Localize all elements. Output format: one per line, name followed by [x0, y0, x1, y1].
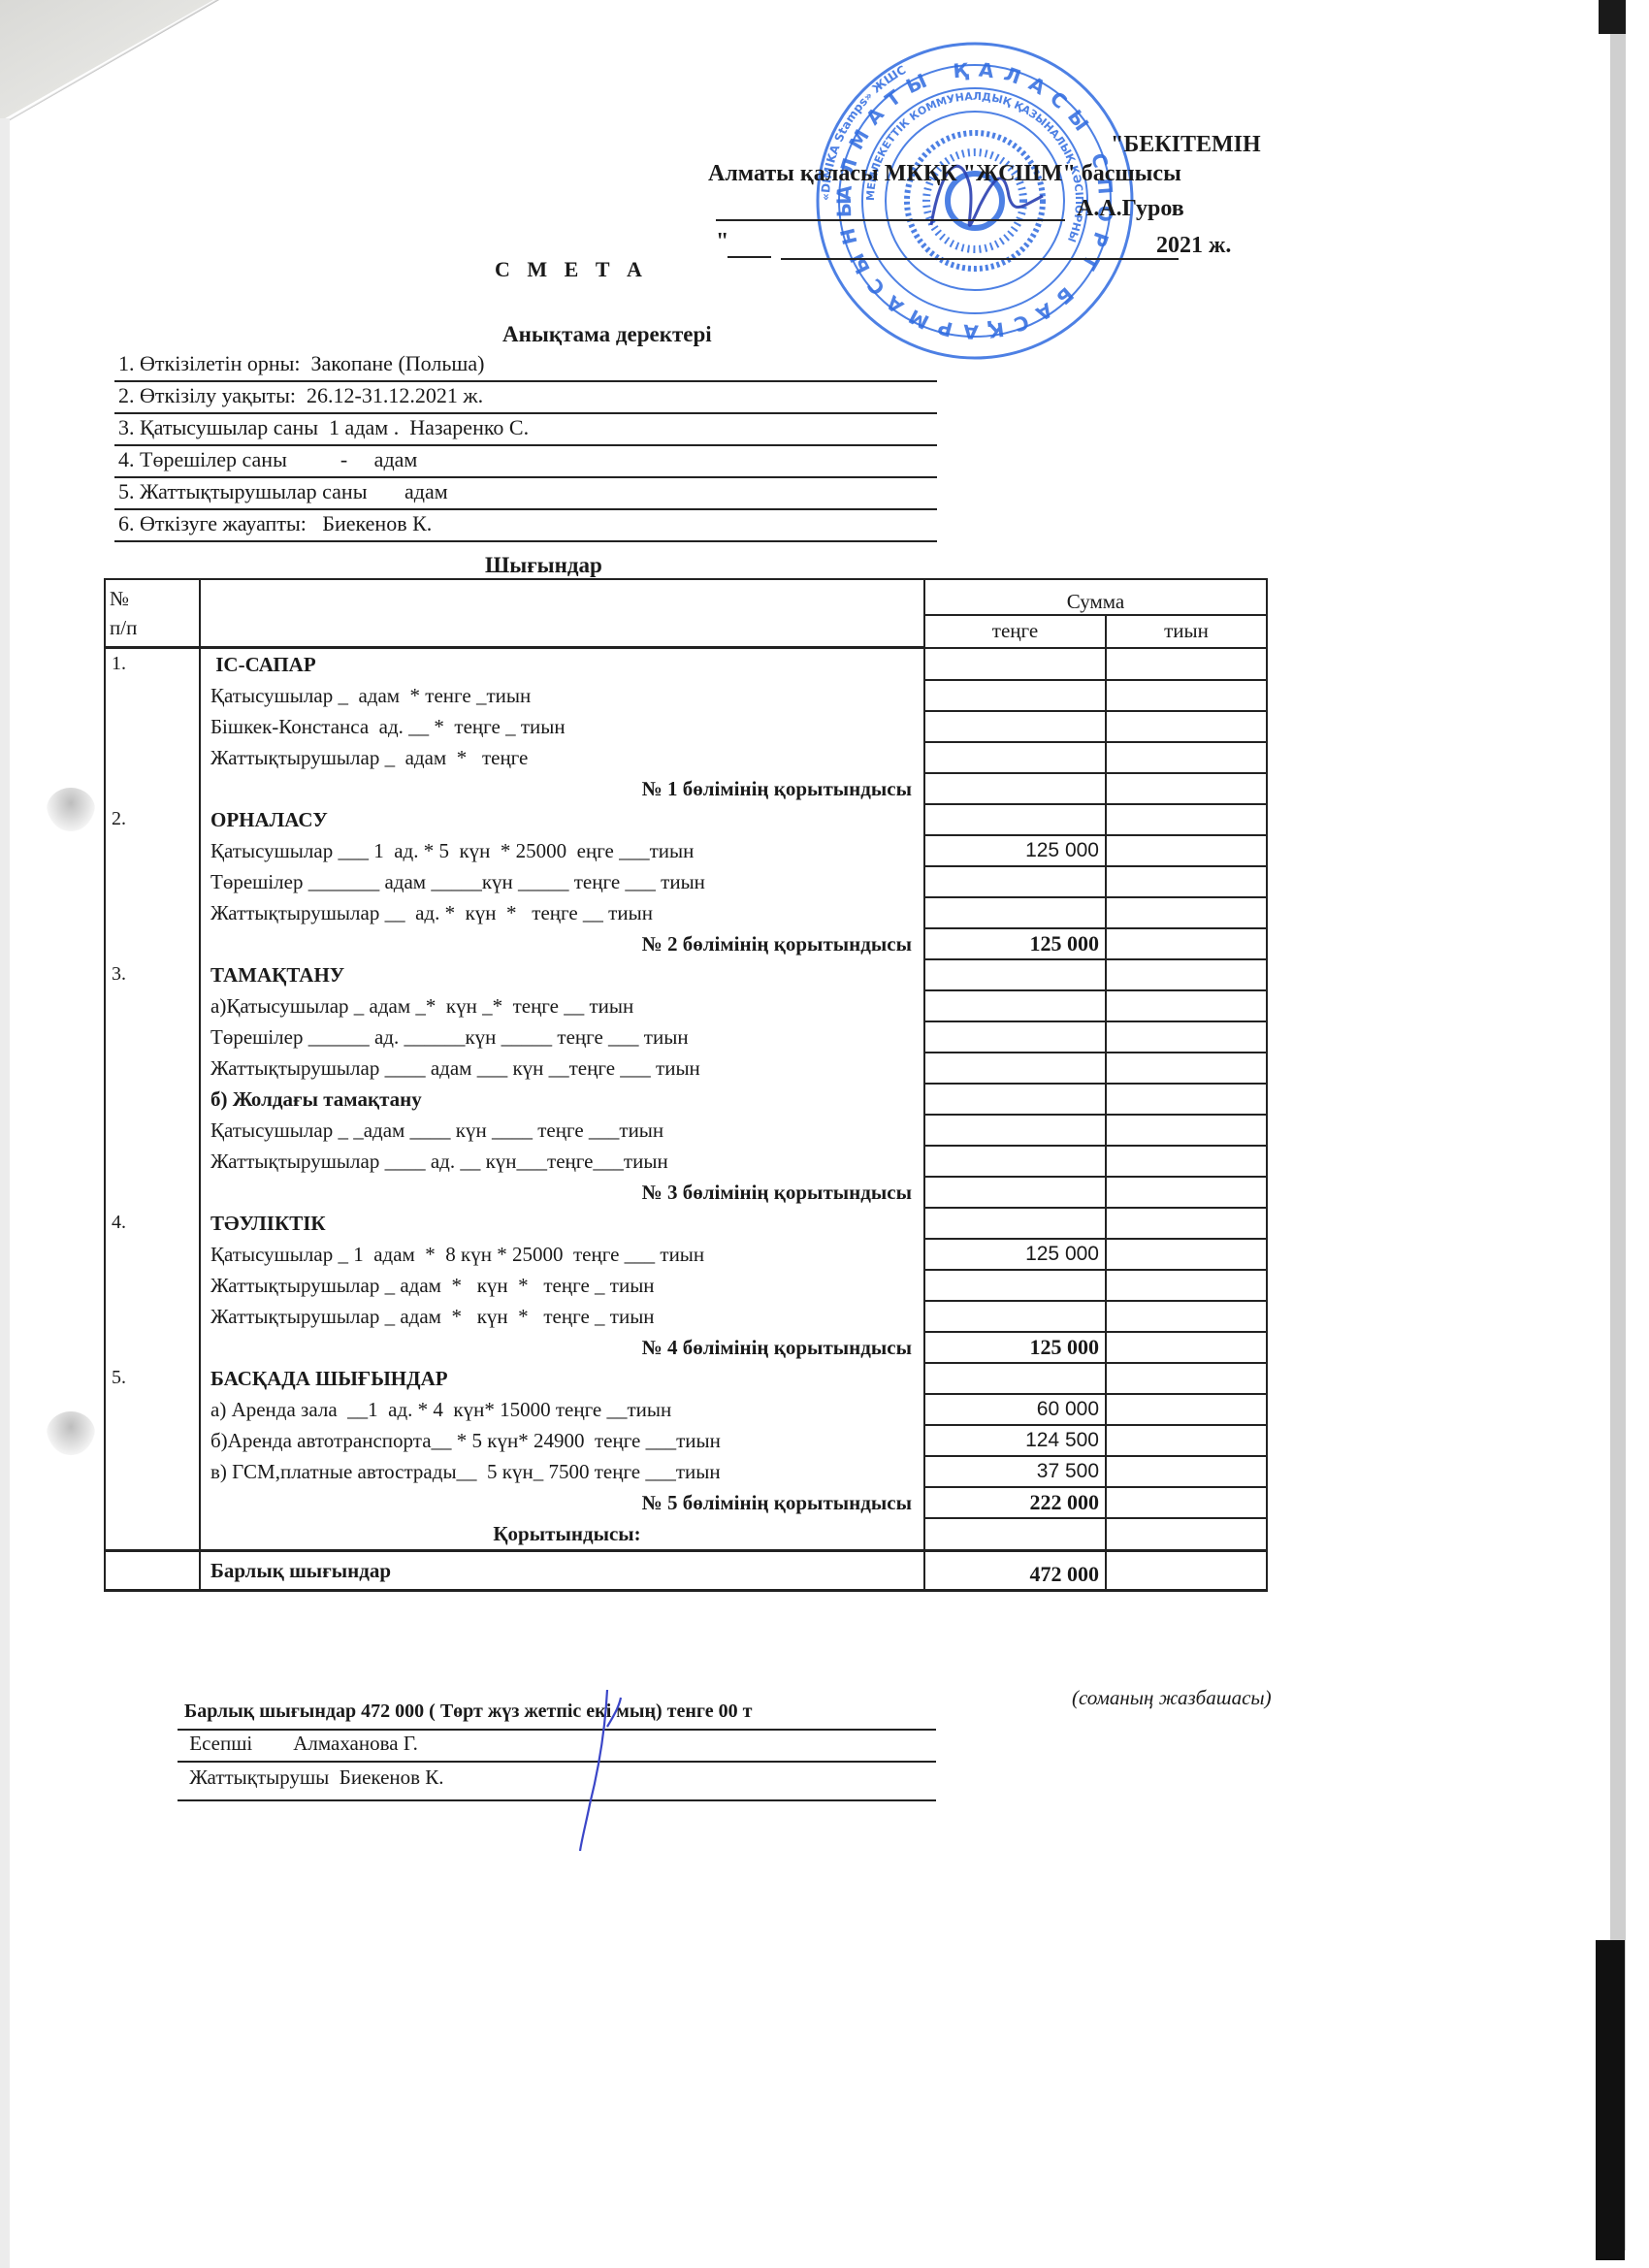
grand-total-tenge: 472 000 [924, 1551, 1106, 1591]
amount-tenge [924, 897, 1106, 928]
amount-tiyn [1106, 1518, 1267, 1551]
table-row: 5.БАСҚАДА ШЫҒЫНДАР [105, 1363, 1267, 1394]
reference-rule [114, 540, 937, 542]
section-subtotal-label: № 5 бөлімінің қорытындысы [200, 1487, 924, 1518]
total-in-words: Барлық шығындар 472 000 ( Төрт жүз жетпі… [184, 1701, 752, 1723]
table-row: № 5 бөлімінің қорытындысы222 000 [105, 1487, 1267, 1518]
table-row: б)Аренда автотранспорта__ * 5 күн* 24900… [105, 1425, 1267, 1456]
amount-tenge [924, 1177, 1106, 1208]
amount-tiyn [1106, 711, 1267, 742]
table-row: № 2 бөлімінің қорытындысы125 000 [105, 928, 1267, 959]
expenses-heading: Шығындар [485, 553, 602, 578]
table-row: Төрешілер ______ ад. ______күн _____ тең… [105, 1021, 1267, 1053]
grand-total-row: Барлық шығындар 472 000 [105, 1551, 1267, 1591]
amount-tiyn [1106, 1208, 1267, 1239]
amount-tiyn [1106, 1239, 1267, 1270]
table-row: Қатысушылар _ _адам ____ күн ____ теңге … [105, 1115, 1267, 1146]
table-row: Жаттықтырушылар _ адам * күн * теңге _ т… [105, 1270, 1267, 1301]
amount-tiyn [1106, 1115, 1267, 1146]
expense-line: Жаттықтырушылар ____ ад. __ күн___теңге_… [200, 1146, 924, 1177]
expense-line: а)Қатысушылар _ адам _* күн _* теңге __ … [200, 990, 924, 1021]
table-row: Қорытындысы: [105, 1518, 1267, 1551]
amount-tenge [924, 804, 1106, 835]
table-row: Қатысушылар _ адам * тенге _тиын [105, 680, 1267, 711]
amount-tiyn [1106, 804, 1267, 835]
section-number: 2. [105, 804, 200, 959]
amount-tenge [924, 1146, 1106, 1177]
amount-tiyn [1106, 1053, 1267, 1084]
date-day-line [727, 256, 771, 258]
expense-line: Жаттықтырушылар _ адам * күн * теңге _ т… [200, 1301, 924, 1332]
date-quote: " [716, 229, 728, 255]
approval-position: Алматы қаласы МКҚК "ЖСШМ" басшысы [708, 161, 1181, 187]
section-number: 1. [105, 648, 200, 805]
amount-tenge [924, 773, 1106, 804]
table-row: 4.ТӘУЛІКТІК [105, 1208, 1267, 1239]
section-heading: ОРНАЛАСУ [200, 804, 924, 835]
amount-tenge [924, 1208, 1106, 1239]
table-row: б) Жолдағы тамақтану [105, 1084, 1267, 1115]
section-subtotal-label: № 1 бөлімінің қорытындысы [200, 773, 924, 804]
table-row: в) ГСМ,платные автострады__ 5 күн_ 7500 … [105, 1456, 1267, 1487]
amount-tenge: 222 000 [924, 1487, 1106, 1518]
amount-tenge [924, 680, 1106, 711]
reference-heading: Анықтама деректері [502, 322, 712, 347]
reference-item: 4. Төрешілер саны - адам [118, 447, 417, 472]
amount-tenge [924, 959, 1106, 990]
signature-line [716, 219, 1065, 221]
table-row: Жаттықтырушылар __ ад. * күн * теңге __ … [105, 897, 1267, 928]
footer-rule [178, 1799, 936, 1801]
date-month-line [781, 258, 1179, 260]
reference-rule [114, 444, 937, 446]
reference-rule [114, 380, 937, 382]
amount-tiyn [1106, 990, 1267, 1021]
amount-tenge: 60 000 [924, 1394, 1106, 1425]
amount-tiyn [1106, 773, 1267, 804]
amount-tiyn [1106, 1301, 1267, 1332]
amount-tenge: 125 000 [924, 928, 1106, 959]
section-heading: ТӘУЛІКТІК [200, 1208, 924, 1239]
expense-line: Жаттықтырушылар __ ад. * күн * теңге __ … [200, 897, 924, 928]
table-row: Қатысушылар _ 1 адам * 8 күн * 25000 тең… [105, 1239, 1267, 1270]
grand-total-label: Барлық шығындар [200, 1551, 924, 1591]
scan-top-right-corner [1599, 0, 1626, 34]
table-row: 1. ІС-САПАР [105, 648, 1267, 681]
amount-tiyn [1106, 1177, 1267, 1208]
amount-tenge [924, 990, 1106, 1021]
expense-line: Бішкек-Констанса ад. __ * теңге _ тиын [200, 711, 924, 742]
scan-left-edge [0, 118, 10, 2268]
reference-item: 3. Қатысушылар саны 1 адам . Назаренко С… [118, 415, 529, 440]
approval-year: 2021 ж. [1156, 233, 1231, 259]
amount-tiyn [1106, 1425, 1267, 1456]
expense-line: б)Аренда автотранспорта__ * 5 күн* 24900… [200, 1425, 924, 1456]
table-row: Жаттықтырушылар ____ ад. __ күн___теңге_… [105, 1146, 1267, 1177]
section-heading: ІС-САПАР [200, 648, 924, 681]
amount-tenge [924, 648, 1106, 681]
amount-tenge [924, 742, 1106, 773]
expense-line: Жаттықтырушылар ____ адам ___ күн __теңг… [200, 1053, 924, 1084]
amount-tiyn [1106, 1456, 1267, 1487]
amount-tiyn [1106, 648, 1267, 681]
table-row: Жаттықтырушылар _ адам * теңге [105, 742, 1267, 773]
reference-rule [114, 508, 937, 510]
section-heading: ТАМАҚТАНУ [200, 959, 924, 990]
amount-tiyn [1106, 1021, 1267, 1053]
amount-tiyn [1106, 1487, 1267, 1518]
table-row: а) Аренда зала __1 ад. * 4 күн* 15000 те… [105, 1394, 1267, 1425]
accountant-signature: Есепші Алмаханова Г. [184, 1732, 418, 1756]
amount-tenge [924, 1115, 1106, 1146]
expense-line: Жаттықтырушылар _ адам * теңге [200, 742, 924, 773]
amount-tenge: 125 000 [924, 835, 1106, 866]
amount-tenge [924, 1518, 1106, 1551]
amount-tiyn [1106, 742, 1267, 773]
column-header-tiyn: тиын [1106, 615, 1267, 647]
amount-tenge [924, 1021, 1106, 1053]
section-number: 4. [105, 1208, 200, 1363]
total-number-cell [105, 1551, 200, 1591]
amount-tiyn [1106, 897, 1267, 928]
amount-tiyn [1106, 959, 1267, 990]
column-header-sum: Сумма [924, 579, 1267, 615]
scan-corner-fold [0, 0, 219, 126]
amount-tenge [924, 1270, 1106, 1301]
approval-heading: "БЕКІТЕМІН [1111, 132, 1261, 158]
amount-in-words-note: (соманың жазбашасы) [1072, 1686, 1272, 1710]
approver-name: А.А.Гуров [1077, 196, 1184, 222]
amount-tiyn [1106, 1084, 1267, 1115]
table-row: 2.ОРНАЛАСУ [105, 804, 1267, 835]
table-row: Бішкек-Констанса ад. __ * теңге _ тиын [105, 711, 1267, 742]
table-row: № 3 бөлімінің қорытындысы [105, 1177, 1267, 1208]
expense-line: в) ГСМ,платные автострады__ 5 күн_ 7500 … [200, 1456, 924, 1487]
section-number: 3. [105, 959, 200, 1208]
coach-signature: Жаттықтырушы Биекенов К. [184, 1766, 444, 1790]
column-header-tenge: теңге [924, 615, 1106, 647]
amount-tenge [924, 866, 1106, 897]
reference-rule [114, 476, 937, 478]
amount-tenge: 124 500 [924, 1425, 1106, 1456]
table-row: Төрешілер _______ адам _____күн _____ те… [105, 866, 1267, 897]
document-title: С М Е Т А [495, 257, 648, 282]
amount-tiyn [1106, 680, 1267, 711]
table-row: Қатысушылар ___ 1 ад. * 5 күн * 25000 ең… [105, 835, 1267, 866]
amount-tenge [924, 1084, 1106, 1115]
amount-tenge [924, 1053, 1106, 1084]
amount-tenge: 125 000 [924, 1332, 1106, 1363]
amount-tiyn [1106, 1332, 1267, 1363]
amount-tiyn [1106, 1146, 1267, 1177]
section-number: 5. [105, 1363, 200, 1551]
scan-bottom-right-corner [1596, 1940, 1625, 2260]
section-subtotal-label: № 2 бөлімінің қорытындысы [200, 928, 924, 959]
section-subtotal-label: № 4 бөлімінің қорытындысы [200, 1332, 924, 1363]
footer-rule [178, 1761, 936, 1763]
reference-rule [114, 412, 937, 414]
footer-rule [178, 1729, 936, 1731]
table-row: № 4 бөлімінің қорытындысы125 000 [105, 1332, 1267, 1363]
amount-tiyn [1106, 1270, 1267, 1301]
expense-line: а) Аренда зала __1 ад. * 4 күн* 15000 те… [200, 1394, 924, 1425]
section-heading: БАСҚАДА ШЫҒЫНДАР [200, 1363, 924, 1394]
amount-tenge [924, 711, 1106, 742]
table-row: № 1 бөлімінің қорытындысы [105, 773, 1267, 804]
amount-tiyn [1106, 866, 1267, 897]
expense-line: Жаттықтырушылар _ адам * күн * теңге _ т… [200, 1270, 924, 1301]
expense-line: Қатысушылар ___ 1 ад. * 5 күн * 25000 ең… [200, 835, 924, 866]
amount-tenge: 125 000 [924, 1239, 1106, 1270]
reference-item: 5. Жаттықтырушылар саны адам [118, 479, 448, 504]
column-header-description [200, 579, 924, 648]
amount-tenge: 37 500 [924, 1456, 1106, 1487]
reference-item: 6. Өткізуге жауапты: Биекенов К. [118, 511, 432, 536]
section-heading: б) Жолдағы тамақтану [200, 1084, 924, 1115]
amount-tenge [924, 1301, 1106, 1332]
expenses-table: № п/п Сумма теңге тиын 1. ІС-САПАРҚатысу… [104, 578, 1266, 1592]
table-row: Жаттықтырушылар ____ адам ___ күн __теңг… [105, 1053, 1267, 1084]
expense-line: Төрешілер _______ адам _____күн _____ те… [200, 866, 924, 897]
scan-right-edge [1610, 29, 1626, 2251]
expense-line: Қатысушылар _ _адам ____ күн ____ теңге … [200, 1115, 924, 1146]
expense-line: Қатысушылар _ адам * тенге _тиын [200, 680, 924, 711]
table-row: а)Қатысушылар _ адам _* күн _* теңге __ … [105, 990, 1267, 1021]
binder-hole-icon [47, 1411, 95, 1455]
reference-item: 2. Өткізілу уақыты: 26.12-31.12.2021 ж. [118, 383, 483, 408]
amount-tiyn [1106, 1394, 1267, 1425]
column-header-number: № п/п [105, 579, 200, 648]
table-row: Жаттықтырушылар _ адам * күн * теңге _ т… [105, 1301, 1267, 1332]
table-row: 3.ТАМАҚТАНУ [105, 959, 1267, 990]
expense-line: Төрешілер ______ ад. ______күн _____ тең… [200, 1021, 924, 1053]
grand-total-tiyn [1106, 1551, 1267, 1591]
expense-line: Қатысушылар _ 1 адам * 8 күн * 25000 тең… [200, 1239, 924, 1270]
handwritten-signature-icon [563, 1688, 630, 1853]
section-subtotal-label: № 3 бөлімінің қорытындысы [200, 1177, 924, 1208]
amount-tenge [924, 1363, 1106, 1394]
binder-hole-icon [47, 788, 95, 831]
expense-line: Қорытындысы: [200, 1518, 924, 1551]
amount-tiyn [1106, 835, 1267, 866]
amount-tiyn [1106, 1363, 1267, 1394]
reference-item: 1. Өткізілетін орны: Закопане (Польша) [118, 351, 484, 376]
amount-tiyn [1106, 928, 1267, 959]
